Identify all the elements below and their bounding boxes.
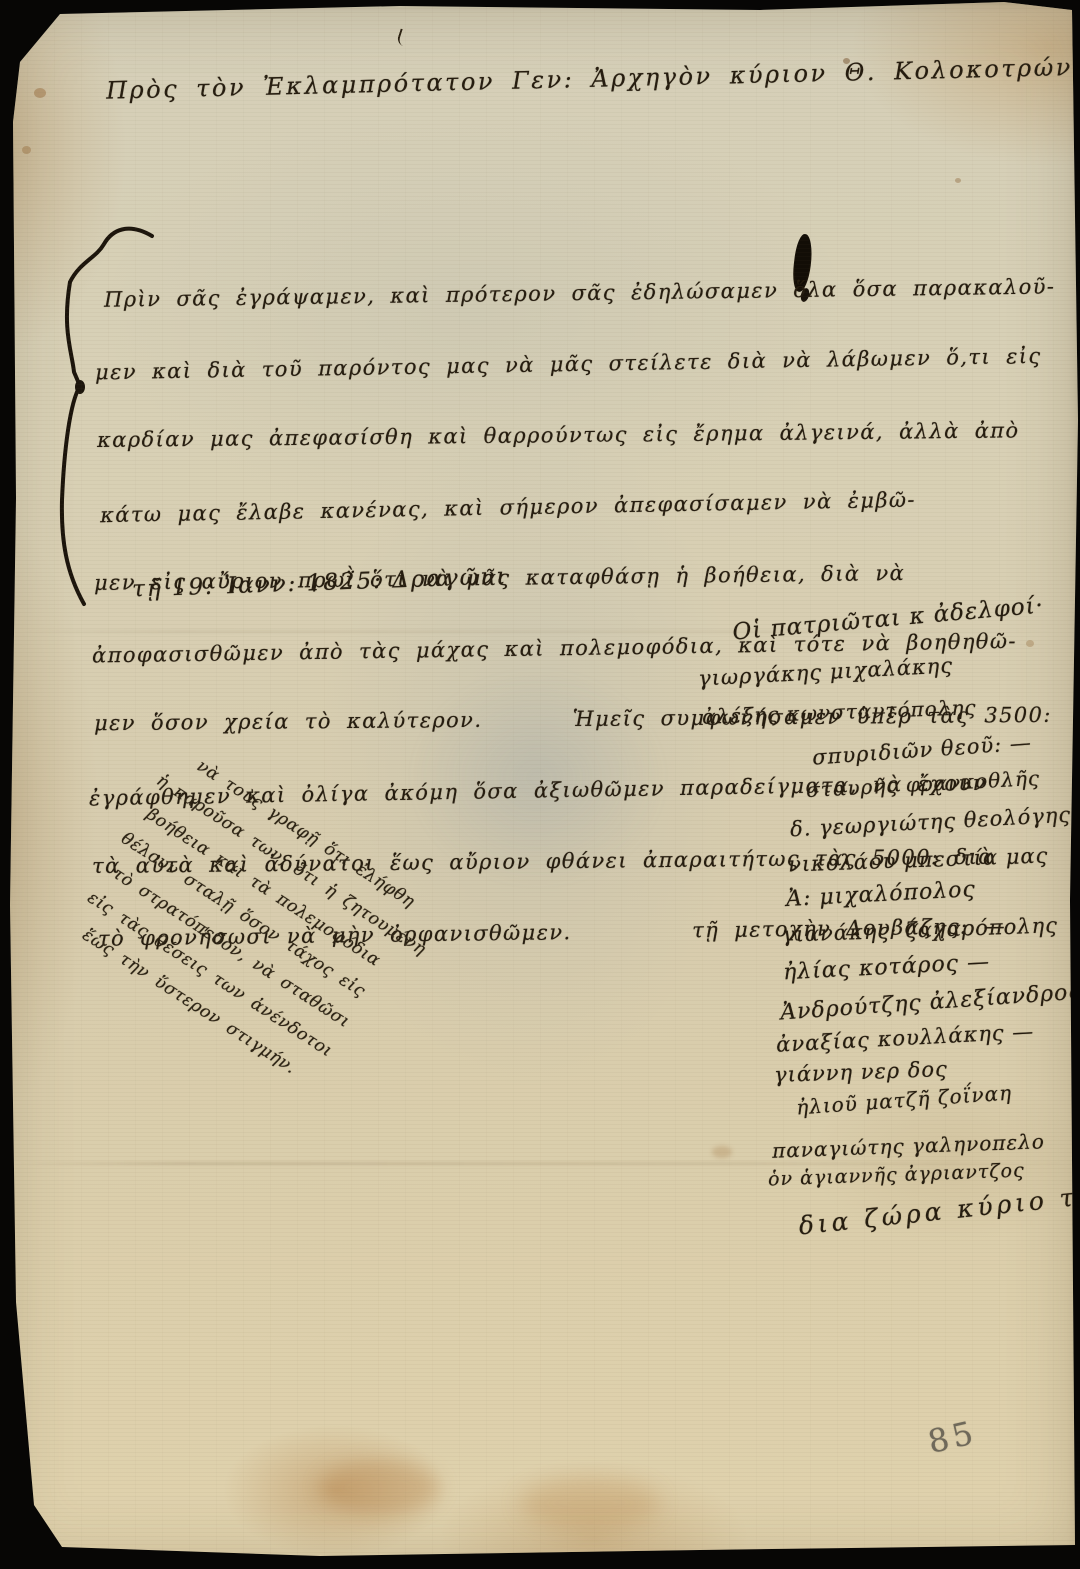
- signature-line: παναγιώτης γαληνοπελο: [772, 1129, 1046, 1163]
- pen-mark: [396, 29, 412, 48]
- signature-flourish: δια ζώρα κύριο τζ: [797, 1181, 1080, 1241]
- signature-line: ἀναξίας κουλλάκης —: [776, 1019, 1035, 1056]
- signature-line: ἠλιοῦ ματζῆ ζοΐναη: [795, 1080, 1012, 1119]
- address-line: Πρὸς τὸν Ἐκλαμπρότατον Γεν: Ἀρχηγὸν κύρι…: [106, 51, 1080, 104]
- body-line: μεν καὶ διὰ τοῦ παρόντος μας νὰ μᾶς στεί…: [95, 340, 1055, 390]
- bottom-stain: [520, 1478, 660, 1528]
- foxing-spot: [34, 88, 46, 98]
- body-line: Πρὶν σᾶς ἐγράψαμεν, καὶ πρότερον σᾶς ἐδη…: [104, 270, 1064, 316]
- archive-number: 85: [924, 1413, 980, 1461]
- signature-line: γιάννη νερ δος: [774, 1057, 949, 1087]
- bottom-stain: [320, 1460, 440, 1515]
- scanned-letter-page: { "letter": { "address_line": "Πρὸς τὸν …: [0, 0, 1080, 1569]
- body-line: κάτω μας ἔλαβε κανένας, καὶ σήμερον ἀπεφ…: [100, 481, 1060, 532]
- body-line: καρδίαν μας ἀπεφασίσθη καὶ θαρρούντως εἰ…: [97, 414, 1057, 457]
- foxing-spot: [22, 146, 31, 154]
- foxing-spot: [712, 1146, 732, 1158]
- letter-paper-sheet: Πρὸς τὸν Ἐκλαμπρότατον Γεν: Ἀρχηγὸν κύρι…: [0, 0, 1080, 1569]
- foxing-spot: [955, 178, 961, 183]
